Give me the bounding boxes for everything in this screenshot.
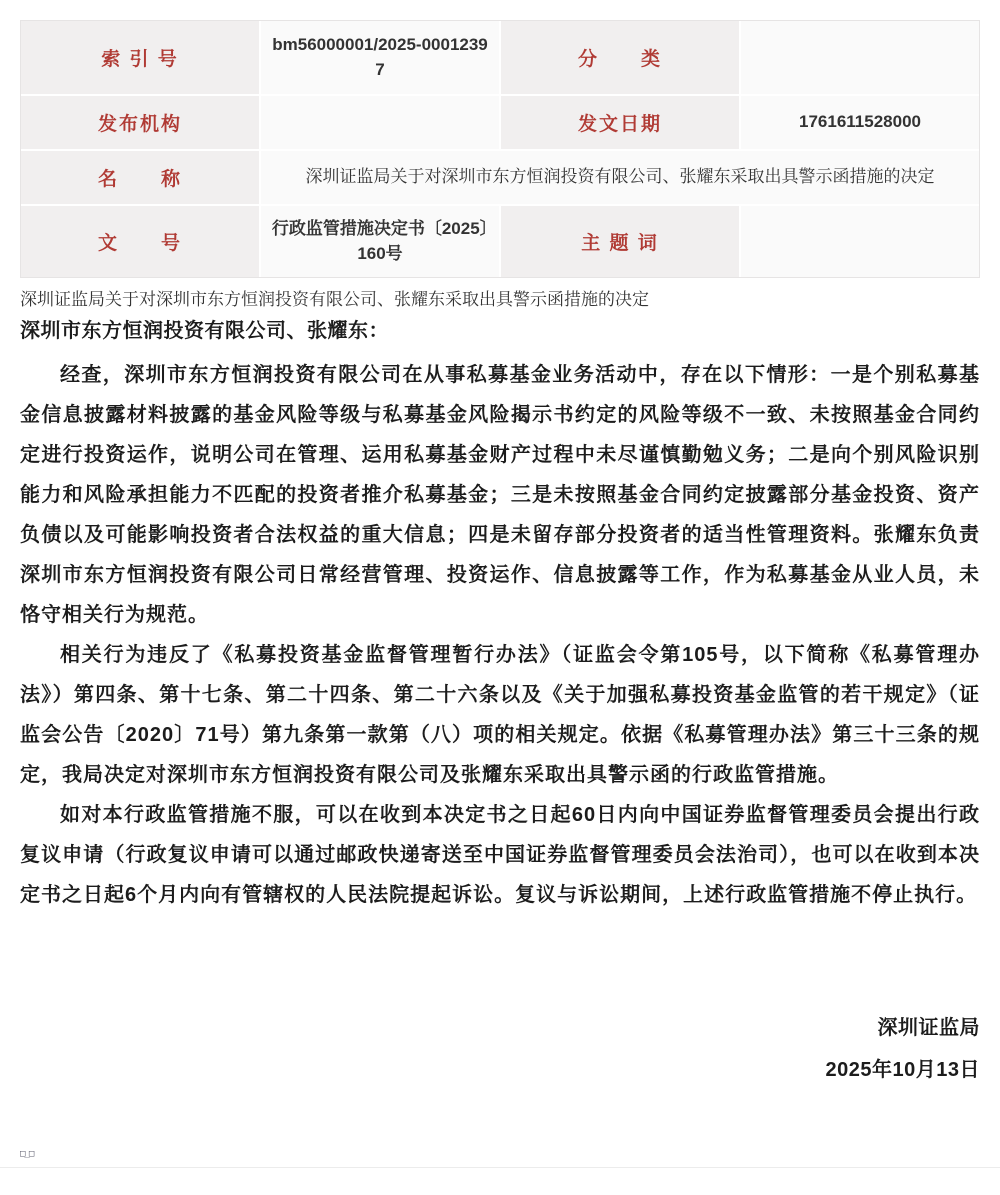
title-value: 深圳证监局关于对深圳市东方恒润投资有限公司、张耀东采取出具警示函措施的决定 xyxy=(261,151,979,204)
signature-authority: 深圳证监局 xyxy=(20,1007,980,1049)
issue-date-value: 1761611528000 xyxy=(741,96,979,149)
bottom-divider xyxy=(0,1167,1000,1168)
document-title-line: 深圳证监局关于对深圳市东方恒润投资有限公司、张耀东采取出具警示函措施的决定 xyxy=(20,287,980,313)
issuing-agency-label: 发布机构 xyxy=(21,96,259,149)
broken-image-placeholder-icon: □_□ xyxy=(20,1149,33,1159)
doc-number-value: 行政监管措施决定书〔2025〕160号 xyxy=(261,206,499,277)
document-body: 经查，深圳市东方恒润投资有限公司在从事私募基金业务活动中，存在以下情形：一是个别… xyxy=(20,355,980,915)
issuing-agency-value xyxy=(261,96,499,149)
metadata-table: 索 引 号 bm56000001/2025-00012397 分 类 发布机构 … xyxy=(20,20,980,278)
index-number-label: 索 引 号 xyxy=(21,21,259,94)
footer-area: □_□ xyxy=(20,1143,980,1168)
paragraph-legal-basis: 相关行为违反了《私募投资基金监督管理暂行办法》（证监会令第105号，以下简称《私… xyxy=(20,635,980,795)
doc-number-label: 文 号 xyxy=(21,206,259,277)
paragraph-findings: 经查，深圳市东方恒润投资有限公司在从事私募基金业务活动中，存在以下情形：一是个别… xyxy=(20,355,980,635)
index-number-value: bm56000001/2025-00012397 xyxy=(261,21,499,94)
title-label: 名 称 xyxy=(21,151,259,204)
document-page: 索 引 号 bm56000001/2025-00012397 分 类 发布机构 … xyxy=(0,0,1000,1195)
subject-words-label: 主 题 词 xyxy=(501,206,739,277)
category-value xyxy=(741,21,979,94)
addressee-line: 深圳市东方恒润投资有限公司、张耀东： xyxy=(20,313,980,349)
paragraph-appeal-rights: 如对本行政监管措施不服，可以在收到本决定书之日起60日内向中国证券监督管理委员会… xyxy=(20,795,980,915)
category-label: 分 类 xyxy=(501,21,739,94)
signature-block: 深圳证监局 2025年10月13日 xyxy=(20,1007,980,1091)
signature-date: 2025年10月13日 xyxy=(20,1049,980,1091)
subject-words-value xyxy=(741,206,979,277)
issue-date-label: 发文日期 xyxy=(501,96,739,149)
